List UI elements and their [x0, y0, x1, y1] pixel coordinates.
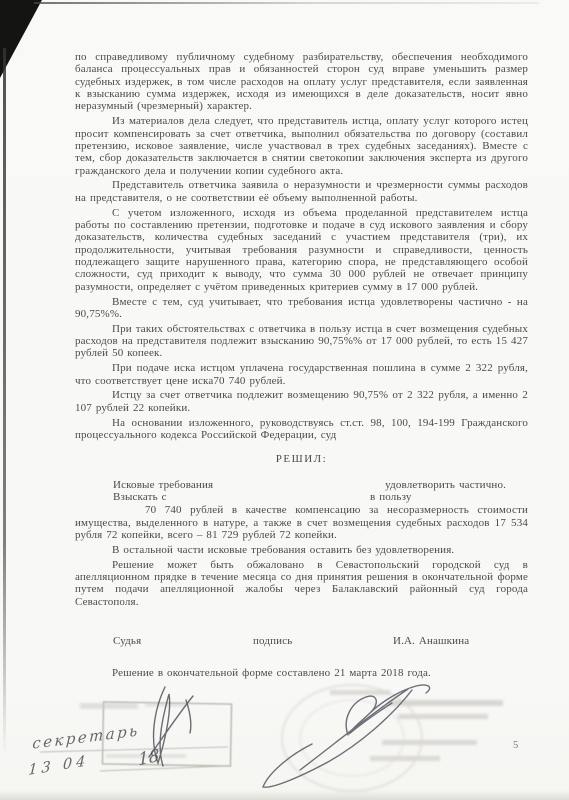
- scan-edge-artifact-top: [34, 2, 539, 4]
- resolution-recover-line: Взыскать с в пользу: [75, 491, 528, 503]
- resolution-claims-line: Исковые требования удовлетворить частичн…: [75, 479, 528, 491]
- scanned-court-decision-page: по справедливому публичному судебному ра…: [0, 0, 569, 800]
- award-paragraph: 70 740 рублей в качестве компенсацию за …: [75, 504, 528, 541]
- scan-edge-artifact-bottom: [0, 790, 569, 800]
- handwritten-date: 13 04: [28, 753, 90, 779]
- body-paragraph: по справедливому публичному судебному ра…: [75, 51, 528, 113]
- claims-label: Исковые требования: [113, 479, 213, 491]
- resolution-heading: РЕШИЛ:: [75, 453, 528, 465]
- body-paragraph: На основании изложенного, руководствуясь…: [75, 417, 528, 442]
- body-paragraph: Из материалов дела следует, что представ…: [75, 115, 528, 177]
- judge-label: Судья: [113, 635, 141, 647]
- body-paragraph: Представитель ответчика заявила о неразу…: [75, 179, 528, 204]
- signature-placeholder-label: подпись: [253, 635, 292, 647]
- scan-edge-artifact-left: [3, 48, 6, 756]
- remainder-paragraph: В остальной части исковые требования ост…: [75, 544, 528, 556]
- body-paragraph: При таких обстоятельствах с ответчика в …: [75, 323, 528, 360]
- in-favor-label: в пользу: [370, 491, 412, 503]
- document-body: по справедливому публичному судебному ра…: [75, 51, 528, 682]
- body-paragraph: С учетом изложенного, исходя из объема п…: [75, 207, 528, 293]
- body-paragraph: При подаче иска истцом уплачена государс…: [75, 362, 528, 387]
- round-stamp: [282, 685, 503, 791]
- judge-signature-ink: [263, 685, 430, 787]
- body-paragraph: Вместе с тем, суд учитывает, что требова…: [75, 296, 528, 321]
- handwritten-secretary-label: секретарь: [32, 721, 140, 752]
- page-number: 5: [513, 740, 518, 751]
- recover-label: Взыскать с: [113, 491, 167, 503]
- body-paragraph: Истцу за счет ответчика подлежит возмеще…: [75, 389, 528, 414]
- scan-corner-artifact: [0, 0, 42, 78]
- final-note: Решение в окончательной форме составлено…: [75, 667, 528, 679]
- handwritten-year: 18: [138, 746, 160, 771]
- judge-name: И.А. Анашкина: [393, 635, 469, 647]
- signature-row: Судья подпись И.А. Анашкина: [75, 635, 528, 648]
- claims-outcome: удовлетворить частично.: [385, 479, 506, 491]
- appeal-paragraph: Решение может быть обжаловано в Севастоп…: [75, 559, 528, 608]
